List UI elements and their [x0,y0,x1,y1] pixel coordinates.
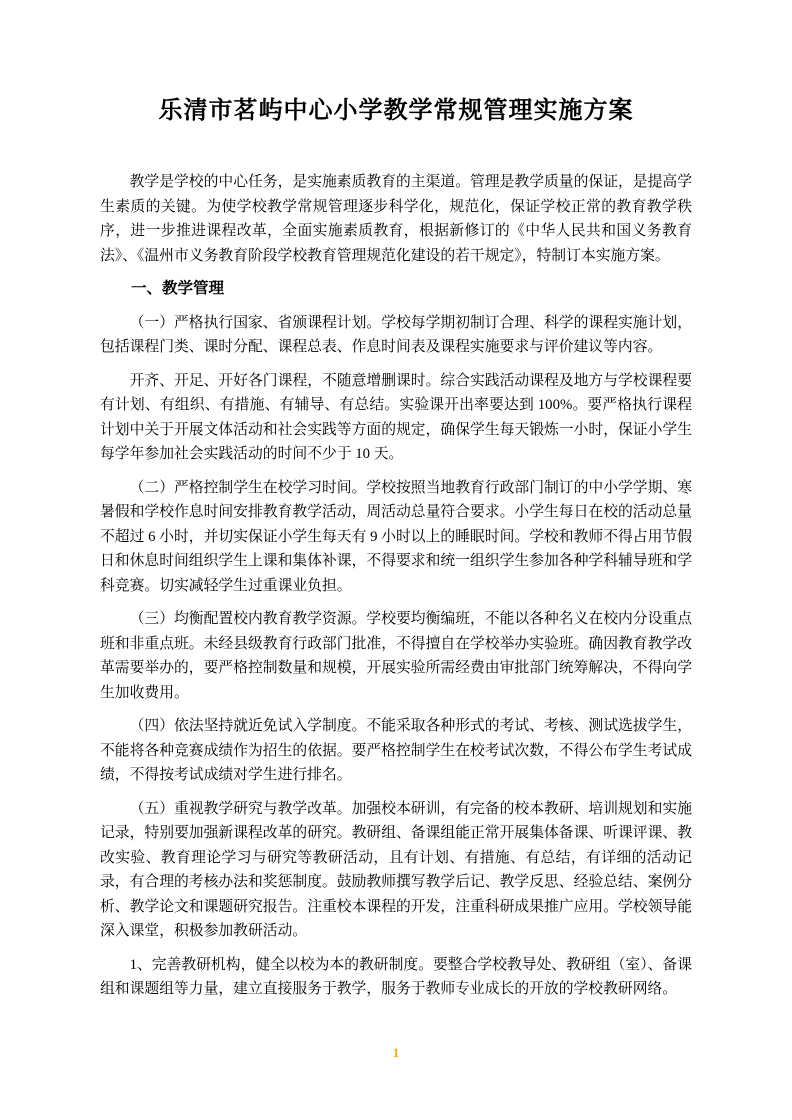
paragraph-item-5: （五）重视教学研究与教学改革。加强校本研训，有完备的校本教研、培训规划和实施记录… [100,797,692,944]
document-page: 乐清市茗屿中心小学教学常规管理实施方案 教学是学校的中心任务，是实施素质教育的主… [0,0,792,1120]
paragraph-item-4: （四）依法坚持就近免试入学制度。不能采取各种形式的考试、考核、测试选拔学生，不能… [100,714,692,788]
section-heading-teaching-management: 一、教学管理 [100,277,692,302]
paragraph-item-1-continued: 开齐、开足、开好各门课程，不随意增删课时。综合实践活动课程及地方与学校课程要有计… [100,369,692,467]
paragraph-item-3: （三）均衡配置校内教育教学资源。学校要均衡编班，不能以各种名义在校内分设重点班和… [100,607,692,705]
document-title: 乐清市茗屿中心小学教学常规管理实施方案 [100,96,692,126]
paragraph-item-2: （二）严格控制学生在校学习时间。学校按照当地教育行政部门制订的中小学学期、寒暑假… [100,476,692,599]
paragraph-item-1: （一）严格执行国家、省颁课程计划。学校每学期初制订合理、科学的课程实施计划，包括… [100,311,692,360]
paragraph-sub-item-1: 1、完善教研机构，健全以校为本的教研制度。要整合学校教导处、教研组（室）、备课组… [100,953,692,1002]
page-footer: 1 [0,1044,792,1062]
intro-paragraph: 教学是学校的中心任务，是实施素质教育的主渠道。管理是教学质量的保证，是提高学生素… [100,170,692,268]
page-number: 1 [393,1045,400,1060]
